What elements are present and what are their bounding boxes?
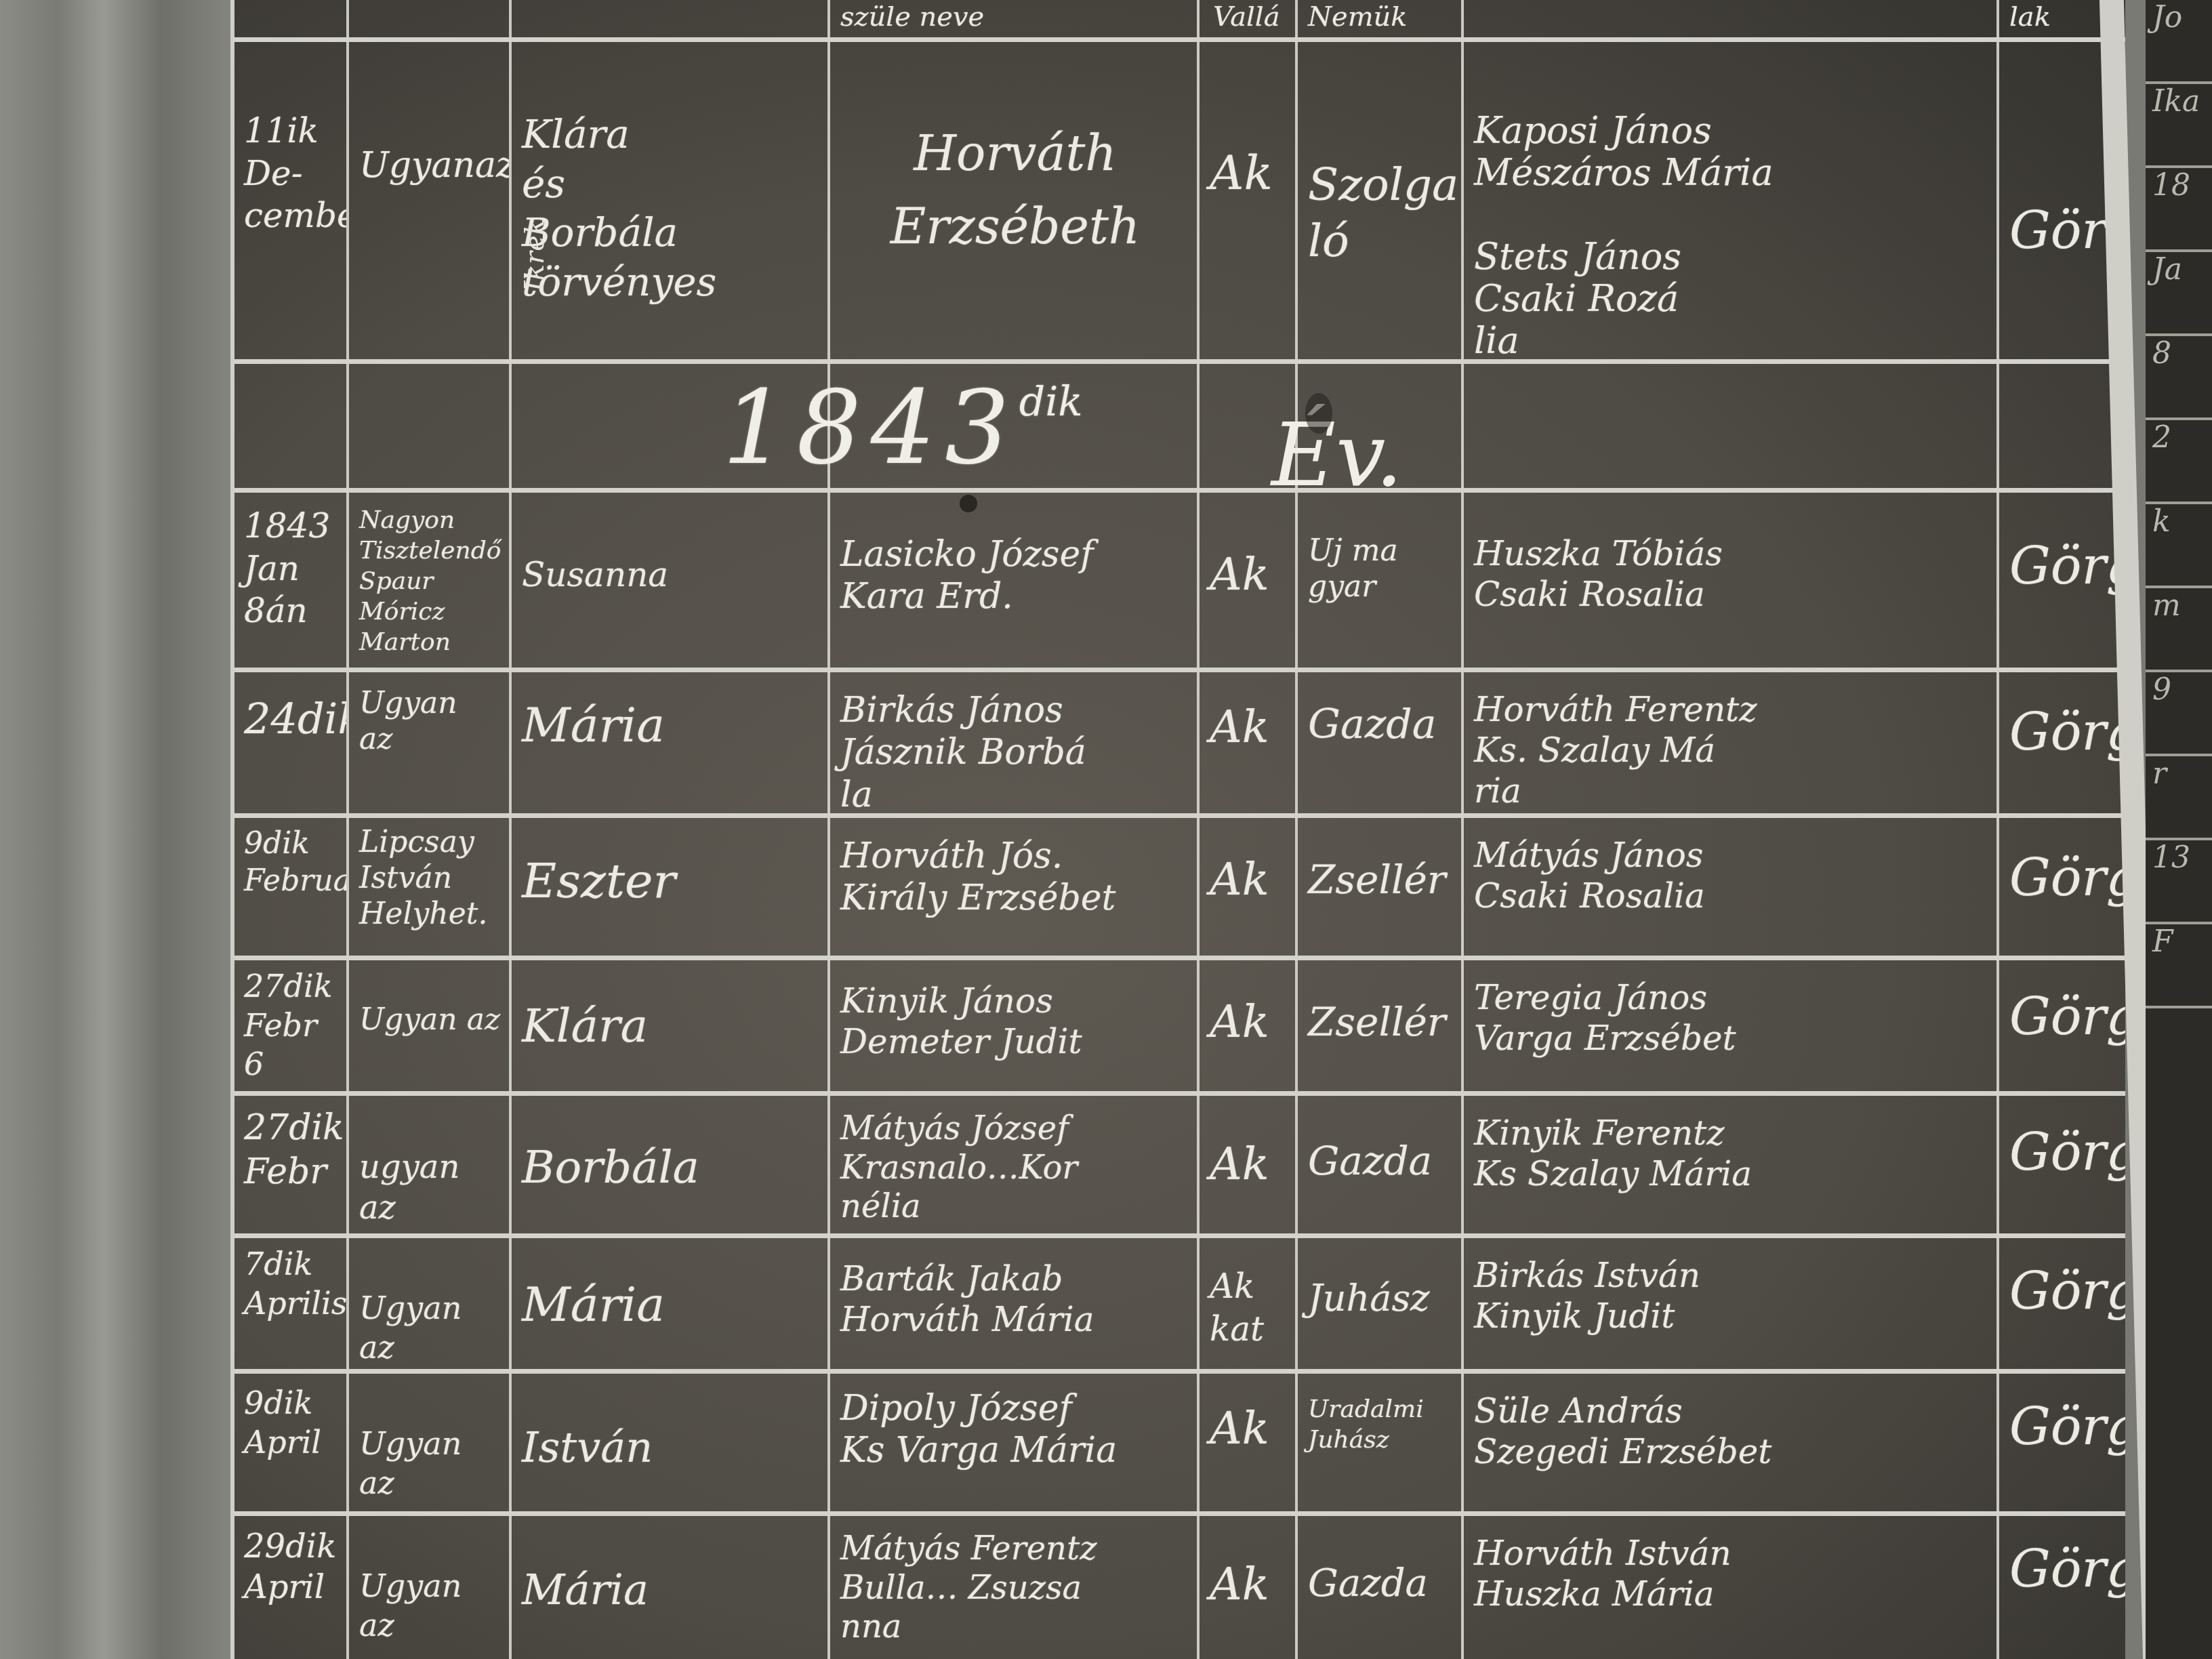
entry-midwife: Görgő (2000, 493, 2125, 672)
year-suffix: dik (1019, 378, 1083, 426)
entry-date: 1843 Jan 8án (234, 493, 346, 672)
entry-parents: Barták Jakab Horváth Mária (831, 1238, 1197, 1374)
column-header-fragments: szüle neve Vallá sok Nemük lak helye. (234, 0, 2125, 30)
register-entry: 27dik Febr 6 Ugyan az Klára Kinyik János… (234, 956, 2125, 1096)
entry-religion: Ak (1200, 960, 1295, 1096)
entry-parents: Mátyás József Krasnalo…Kor nélia (831, 1096, 1197, 1238)
adjacent-text-fragment: F (2146, 924, 2212, 1008)
ink-blot (1305, 393, 1332, 434)
entry-midwife: Görgő (2000, 672, 2125, 818)
header-parents: szüle neve (831, 0, 1197, 30)
entry-baptizer: Lipcsay István Helyhet. (350, 818, 509, 960)
entry-midwife: Görgő (2000, 1238, 2125, 1374)
entry-parents: Birkás János Jásznik Borbá la (831, 672, 1197, 818)
entry-date: 29dik April (234, 1516, 346, 1659)
entry-child: Mária (512, 1516, 827, 1659)
entry-date: 9dik Februar (234, 818, 346, 960)
adjacent-text-fragment: 18 (2146, 168, 2212, 252)
entry-status: Gazda (1298, 672, 1461, 818)
header-religion: Vallá sok (1204, 0, 1295, 30)
entry-status: Uj ma gyar (1298, 493, 1461, 672)
adjacent-text-fragment: k (2146, 504, 2212, 588)
entry-baptizer: Ugyan az (350, 960, 509, 1096)
entry-midwife: Görgő (2000, 818, 2125, 960)
adjacent-text-fragment: Ika (2146, 84, 2212, 168)
entry-midwife: Görgő (2000, 1096, 2125, 1238)
register-entry: 9dik April Ugyan az István Dipoly József… (234, 1369, 2125, 1516)
entry-baptizer: Nagyon Tisztelendő Spaur Móricz Marton (350, 493, 509, 672)
entry-child: István (512, 1374, 827, 1516)
adjacent-text-fragment: m (2146, 588, 2212, 672)
register-entry: 24dik Ugyan az Mária Birkás János Jászni… (234, 668, 2125, 818)
entry-parents: Mátyás Ferentz Bulla… Zsuzsa nna (831, 1516, 1197, 1659)
adjacent-text-fragment: Jo (2146, 0, 2212, 84)
entry-godparents: Kinyik Ferentz Ks Szalay Mária (1465, 1096, 1996, 1238)
register-entry: 11ik De- cember Ugyanaz Klára és Borbála… (234, 37, 2125, 364)
entry-midwife: Görgő (2000, 1374, 2125, 1516)
entry-godparents: Süle András Szegedi Erzsébet (1465, 1374, 1996, 1516)
entry-religion: Ak (1200, 818, 1295, 960)
adjacent-text-fragment: Ja (2146, 252, 2212, 336)
adjacent-page-fragment: Jo Ika 18 Ja 8 2 k m 9 r 13 F (2146, 0, 2212, 1659)
adjacent-text-fragment: 8 (2146, 336, 2212, 420)
entry-parents: Dipoly József Ks Varga Mária (831, 1374, 1197, 1516)
header-status: Nemük (1298, 0, 1461, 30)
entry-baptizer: Ugyan az (350, 1238, 509, 1374)
entry-status: Zsellér (1298, 818, 1461, 960)
adjacent-text-fragment: r (2146, 756, 2212, 840)
entry-religion: Ak (1200, 672, 1295, 818)
entry-date: 27dik Febr 6 (234, 960, 346, 1096)
year-number: 1843 (722, 369, 1019, 487)
entry-child: Susanna (512, 493, 827, 672)
entry-status: Uradalmi Juhász (1298, 1374, 1461, 1516)
register-entry: 7dik Aprilis Ugyan az Mária Barták Jakab… (234, 1233, 2125, 1374)
entry-godparents: Horváth Ferentz Ks. Szalay Má ria (1465, 672, 1996, 818)
ink-blot (960, 495, 977, 512)
entry-baptizer: Ugyan az (350, 1374, 509, 1516)
entry-godparents: Teregia János Varga Erzsébet (1465, 960, 1996, 1096)
entry-midwife: Görgő (2000, 960, 2125, 1096)
entry-date: 7dik Aprilis (234, 1238, 346, 1374)
entry-parents: Horváth Jós. Király Erzsébet (831, 818, 1197, 960)
entry-date: 27dik Febr (234, 1096, 346, 1238)
entry-baptizer: Ugyan az (350, 672, 509, 818)
entry-baptizer: Ugyanaz (350, 42, 509, 364)
entry-status: Zsellér (1298, 960, 1461, 1096)
entry-date: 9dik April (234, 1374, 346, 1516)
entry-midwife: Görgő (2000, 1516, 2125, 1659)
entry-date: 24dik (234, 672, 346, 818)
entry-date: 11ik De- cember (234, 42, 346, 364)
entry-child: Eszter (512, 818, 827, 960)
adjacent-text-fragment: 13 (2146, 840, 2212, 924)
book-binding-margin (0, 0, 230, 1659)
adjacent-text-fragment: 9 (2146, 672, 2212, 756)
register-entry: 27dik Febr ugyan az Borbála Mátyás Józse… (234, 1091, 2125, 1238)
entry-religion: Ak kat (1200, 1238, 1295, 1374)
entry-godparents: Mátyás János Csaki Rosalia (1465, 818, 1996, 960)
entry-religion: Ak (1200, 1516, 1295, 1659)
entry-status: Juhász (1298, 1238, 1461, 1374)
entry-status: Gazda (1298, 1516, 1461, 1659)
register-entry: 9dik Februar Lipcsay István Helyhet. Esz… (234, 813, 2125, 960)
entry-religion: Ak (1200, 493, 1295, 672)
register-entry: 1843 Jan 8án Nagyon Tisztelendő Spaur Mó… (234, 488, 2125, 672)
register-entry: 29dik April Ugyan az Mária Mátyás Ferent… (234, 1511, 2125, 1659)
entry-status: Szolga ló (1298, 42, 1461, 364)
entry-religion: Ak (1200, 1096, 1295, 1238)
entry-godparents: Kaposi János Mészáros Mária Stets János … (1465, 42, 1996, 364)
entry-child: Klára és Borbála törvényes (512, 42, 827, 364)
entry-child: Mária (512, 672, 827, 818)
entry-religion: Ak (1200, 1374, 1295, 1516)
entry-child: Klára (512, 960, 827, 1096)
year-heading: 1843dik (722, 369, 1083, 487)
entry-godparents: Horváth István Huszka Mária (1465, 1516, 1996, 1659)
adjacent-text-fragment: 2 (2146, 420, 2212, 504)
entry-religion: Ak (1200, 42, 1295, 364)
entry-child: Mária (512, 1238, 827, 1374)
year-heading-row (234, 359, 2125, 489)
entry-parents: Horváth Erzsébeth (831, 42, 1197, 364)
entry-baptizer: ugyan az (350, 1096, 509, 1238)
entry-godparents: Huszka Tóbiás Csaki Rosalia (1465, 493, 1996, 672)
entry-child: Borbála (512, 1096, 827, 1238)
entry-parents: Lasicko József Kara Erd. (831, 493, 1197, 672)
entry-baptizer: Ugyan az (350, 1516, 509, 1659)
entry-godparents: Birkás István Kinyik Judit (1465, 1238, 1996, 1374)
entry-parents: Kinyik János Demeter Judit (831, 960, 1197, 1096)
twins-margin-note: Ikrek (519, 219, 550, 291)
register-page: szüle neve Vallá sok Nemük lak helye. 11… (230, 0, 2125, 1659)
entry-status: Gazda (1298, 1096, 1461, 1238)
